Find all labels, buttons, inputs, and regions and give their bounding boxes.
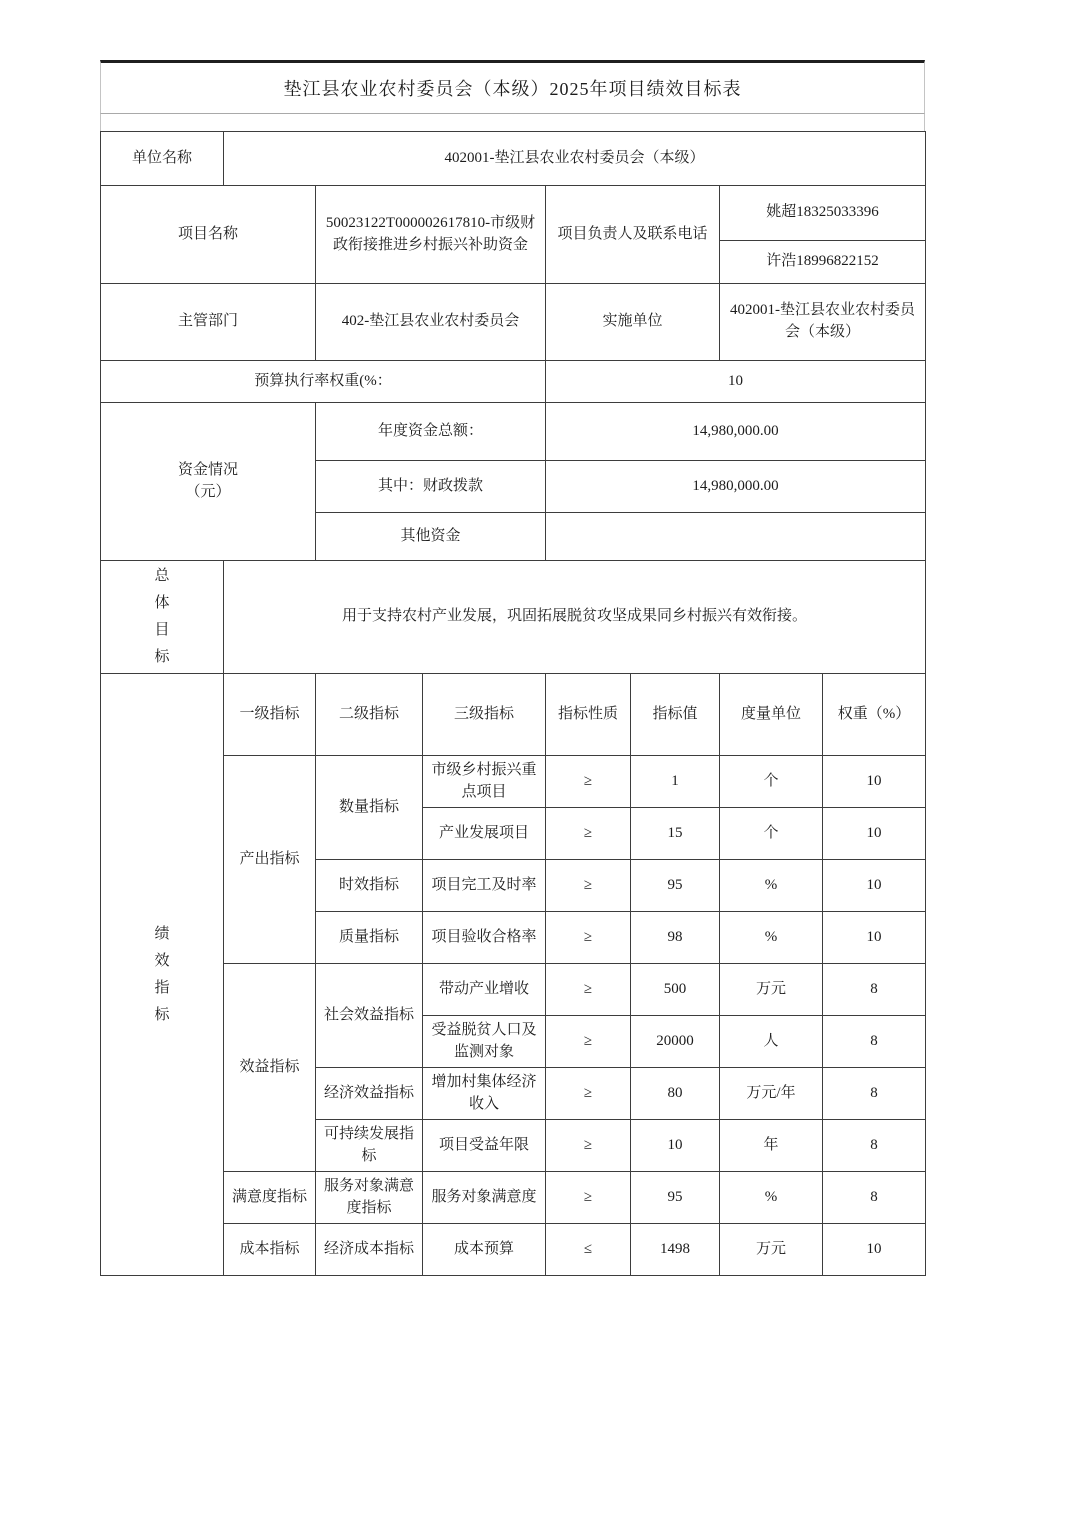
weight-cell: 10 — [823, 808, 926, 860]
weight-cell: 10 — [823, 1224, 926, 1276]
level3-cell: 市级乡村振兴重点项目 — [423, 756, 546, 808]
level2-cell: 经济成本指标 — [316, 1224, 423, 1276]
performance-target-table: 单位名称 402001-垫江县农业农村委员会（本级） 项目名称 50023122… — [100, 131, 926, 1276]
indicator-header-row: 绩效指标 一级指标 二级指标 三级指标 指标性质 指标值 度量单位 权重（%） — [101, 674, 926, 756]
funds-section-label: 资金情况 （元） — [101, 403, 316, 561]
level3-cell: 带动产业增收 — [423, 964, 546, 1016]
unit-cell: % — [720, 912, 823, 964]
unit-cell: 万元 — [720, 964, 823, 1016]
value-cell: 1 — [631, 756, 720, 808]
header-value: 指标值 — [631, 674, 720, 756]
header-nature: 指标性质 — [546, 674, 631, 756]
project-contact-value-1: 姚超18325033396 — [720, 186, 926, 241]
unit-cell: 万元 — [720, 1224, 823, 1276]
overall-goal-label: 总体目标 — [101, 561, 224, 674]
value-cell: 500 — [631, 964, 720, 1016]
table-row: 项目名称 50023122T000002617810-市级财政衔接推进乡村振兴补… — [101, 186, 926, 241]
level2-cell: 时效指标 — [316, 860, 423, 912]
level2-cell: 社会效益指标 — [316, 964, 423, 1068]
nature-cell: ≥ — [546, 1068, 631, 1120]
budget-rate-value: 10 — [546, 361, 926, 403]
unit-cell: % — [720, 860, 823, 912]
unit-name-value: 402001-垫江县农业农村委员会（本级） — [224, 132, 926, 186]
level1-cell: 产出指标 — [224, 756, 316, 964]
level2-cell: 可持续发展指标 — [316, 1120, 423, 1172]
value-cell: 80 — [631, 1068, 720, 1120]
level2-cell: 服务对象满意度指标 — [316, 1172, 423, 1224]
level3-cell: 增加村集体经济收入 — [423, 1068, 546, 1120]
level3-cell: 服务对象满意度 — [423, 1172, 546, 1224]
value-cell: 15 — [631, 808, 720, 860]
value-cell: 95 — [631, 1172, 720, 1224]
level2-cell: 经济效益指标 — [316, 1068, 423, 1120]
level1-cell: 效益指标 — [224, 964, 316, 1172]
table-row: 总体目标 用于支持农村产业发展，巩固拓展脱贫攻坚成果同乡村振兴有效衔接。 — [101, 561, 926, 674]
weight-cell: 8 — [823, 1016, 926, 1068]
header-weight: 权重（%） — [823, 674, 926, 756]
weight-cell: 10 — [823, 756, 926, 808]
level3-cell: 项目验收合格率 — [423, 912, 546, 964]
dept-label: 主管部门 — [101, 284, 316, 361]
level2-cell: 数量指标 — [316, 756, 423, 860]
funds-total-value: 14,980,000.00 — [546, 403, 926, 461]
nature-cell: ≥ — [546, 912, 631, 964]
level3-cell: 受益脱贫人口及监测对象 — [423, 1016, 546, 1068]
nature-cell: ≥ — [546, 1120, 631, 1172]
funds-fiscal-label: 其中：财政拨款 — [316, 461, 546, 513]
level3-cell: 项目受益年限 — [423, 1120, 546, 1172]
impl-unit-label: 实施单位 — [546, 284, 720, 361]
performance-target-document: 垫江县农业农村委员会（本级）2025年项目绩效目标表 单位名称 402001-垫… — [100, 60, 925, 1276]
project-contact-label: 项目负责人及联系电话 — [546, 186, 720, 284]
overall-goal-text: 用于支持农村产业发展，巩固拓展脱贫攻坚成果同乡村振兴有效衔接。 — [224, 561, 926, 674]
nature-cell: ≤ — [546, 1224, 631, 1276]
project-name-value: 50023122T000002617810-市级财政衔接推进乡村振兴补助资金 — [316, 186, 546, 284]
value-cell: 98 — [631, 912, 720, 964]
level3-cell: 产业发展项目 — [423, 808, 546, 860]
weight-cell: 8 — [823, 1172, 926, 1224]
indicator-row: 产出指标 数量指标 市级乡村振兴重点项目 ≥ 1 个 10 — [101, 756, 926, 808]
level3-cell: 项目完工及时率 — [423, 860, 546, 912]
funds-total-label: 年度资金总额： — [316, 403, 546, 461]
header-level1: 一级指标 — [224, 674, 316, 756]
unit-cell: 人 — [720, 1016, 823, 1068]
document-title: 垫江县农业农村委员会（本级）2025年项目绩效目标表 — [100, 60, 925, 114]
header-level3: 三级指标 — [423, 674, 546, 756]
unit-cell: 年 — [720, 1120, 823, 1172]
unit-cell: % — [720, 1172, 823, 1224]
table-row: 单位名称 402001-垫江县农业农村委员会（本级） — [101, 132, 926, 186]
level3-cell: 成本预算 — [423, 1224, 546, 1276]
funds-fiscal-value: 14,980,000.00 — [546, 461, 926, 513]
funds-other-value — [546, 513, 926, 561]
funds-label-line2: （元） — [106, 482, 310, 504]
nature-cell: ≥ — [546, 808, 631, 860]
table-row: 预算执行率权重(%： 10 — [101, 361, 926, 403]
nature-cell: ≥ — [546, 1172, 631, 1224]
impl-unit-value: 402001-垫江县农业农村委员会（本级） — [720, 284, 926, 361]
weight-cell: 8 — [823, 1068, 926, 1120]
nature-cell: ≥ — [546, 756, 631, 808]
funds-label-line1: 资金情况 — [106, 460, 310, 482]
value-cell: 10 — [631, 1120, 720, 1172]
budget-rate-label: 预算执行率权重(%： — [101, 361, 546, 403]
table-row: 资金情况 （元） 年度资金总额： 14,980,000.00 — [101, 403, 926, 461]
unit-name-label: 单位名称 — [101, 132, 224, 186]
nature-cell: ≥ — [546, 964, 631, 1016]
level2-cell: 质量指标 — [316, 912, 423, 964]
indicator-row: 满意度指标 服务对象满意度指标 服务对象满意度 ≥ 95 % 8 — [101, 1172, 926, 1224]
level1-cell: 满意度指标 — [224, 1172, 316, 1224]
unit-cell: 万元/年 — [720, 1068, 823, 1120]
title-spacer — [100, 114, 925, 131]
header-unit: 度量单位 — [720, 674, 823, 756]
nature-cell: ≥ — [546, 1016, 631, 1068]
header-level2: 二级指标 — [316, 674, 423, 756]
weight-cell: 10 — [823, 912, 926, 964]
nature-cell: ≥ — [546, 860, 631, 912]
unit-cell: 个 — [720, 808, 823, 860]
weight-cell: 8 — [823, 964, 926, 1016]
project-name-label: 项目名称 — [101, 186, 316, 284]
weight-cell: 10 — [823, 860, 926, 912]
value-cell: 20000 — [631, 1016, 720, 1068]
value-cell: 1498 — [631, 1224, 720, 1276]
project-contact-value-2: 许浩18996822152 — [720, 241, 926, 284]
indicator-side-label: 绩效指标 — [101, 674, 224, 1276]
dept-value: 402-垫江县农业农村委员会 — [316, 284, 546, 361]
funds-other-label: 其他资金 — [316, 513, 546, 561]
weight-cell: 8 — [823, 1120, 926, 1172]
level1-cell: 成本指标 — [224, 1224, 316, 1276]
indicator-row: 效益指标 社会效益指标 带动产业增收 ≥ 500 万元 8 — [101, 964, 926, 1016]
indicator-row: 成本指标 经济成本指标 成本预算 ≤ 1498 万元 10 — [101, 1224, 926, 1276]
unit-cell: 个 — [720, 756, 823, 808]
table-row: 主管部门 402-垫江县农业农村委员会 实施单位 402001-垫江县农业农村委… — [101, 284, 926, 361]
value-cell: 95 — [631, 860, 720, 912]
